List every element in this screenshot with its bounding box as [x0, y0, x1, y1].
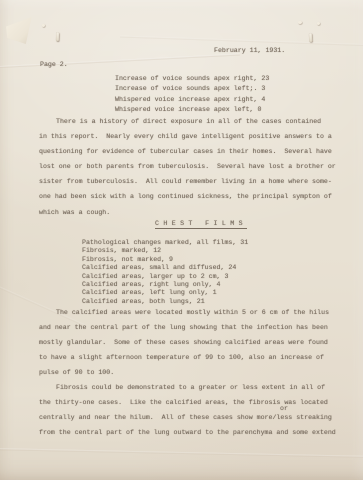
document-page: February 11, 1931. Page 2. Increase of v…: [0, 0, 363, 480]
chest-film-findings-list: Pathological changes marked, all films, …: [82, 239, 248, 306]
document-date: February 11, 1931.: [214, 47, 285, 54]
text-line: Fibrosis could be demonstrated to a grea…: [39, 380, 336, 395]
typed-insertion-or: or: [280, 405, 288, 412]
text-line: mostly glandular. Some of these cases sh…: [39, 335, 329, 350]
text-line: The calcified areas were located mostly …: [39, 305, 329, 320]
text-line: to have a slight afternoon temperature o…: [39, 350, 329, 365]
text-line: Calcified areas, larger up to 2 cm, 3: [82, 273, 248, 281]
text-line: the thirty-one cases. Like the calcified…: [39, 395, 336, 410]
text-line: lost one or both parents from tuberculos…: [39, 159, 336, 174]
paper-crease: [0, 448, 363, 458]
text-line: There is a history of direct exposure in…: [39, 114, 336, 129]
paragraph-exposure: There is a history of direct exposure in…: [39, 114, 336, 220]
text-line: one had been sick with a long continued …: [39, 189, 336, 204]
text-line: centrally and near the hilum. All of the…: [39, 410, 336, 425]
text-line: Fibrosis, marked, 12: [82, 247, 248, 255]
text-line: from the central part of the lung outwar…: [39, 425, 336, 440]
text-line: Calcified areas, small and diffused, 24: [82, 264, 248, 272]
text-line: Increase of voice sounds apex left;. 3: [115, 84, 269, 94]
text-line: Whispered voice increase apex right, 4: [115, 95, 269, 105]
text-line: Increase of voice sounds apex right, 23: [115, 74, 269, 84]
voice-findings-list: Increase of voice sounds apex right, 23I…: [115, 74, 269, 116]
paper-crease: [120, 35, 363, 46]
section-heading: CHEST FILMS: [155, 220, 247, 229]
text-line: pulse of 90 to 100.: [39, 365, 329, 380]
paper-crease: [0, 53, 240, 68]
text-line: questioning for evidence of tubercular c…: [39, 144, 336, 159]
text-line: Fibrosis, not marked, 9: [82, 256, 248, 264]
text-line: Calcified areas, left lung only, 1: [82, 289, 248, 297]
paragraph-calcified: The calcified areas were located mostly …: [39, 305, 329, 380]
paper-speck: [42, 24, 45, 27]
staple-mark-left: [56, 32, 59, 41]
paragraph-fibrosis: Fibrosis could be demonstrated to a grea…: [39, 380, 336, 440]
staple-mark-right: [309, 33, 312, 42]
text-line: and near the central part of the lung sh…: [39, 320, 329, 335]
folded-corner: [6, 17, 38, 44]
paper-speck: [298, 21, 302, 24]
page-number-label: Page 2.: [40, 61, 68, 68]
text-line: which was a cough.: [39, 205, 336, 220]
text-line: sister from tuberculosis. All could reme…: [39, 174, 336, 189]
paper-speck: [317, 22, 320, 25]
text-line: in this report. Nearly every child gave …: [39, 129, 336, 144]
